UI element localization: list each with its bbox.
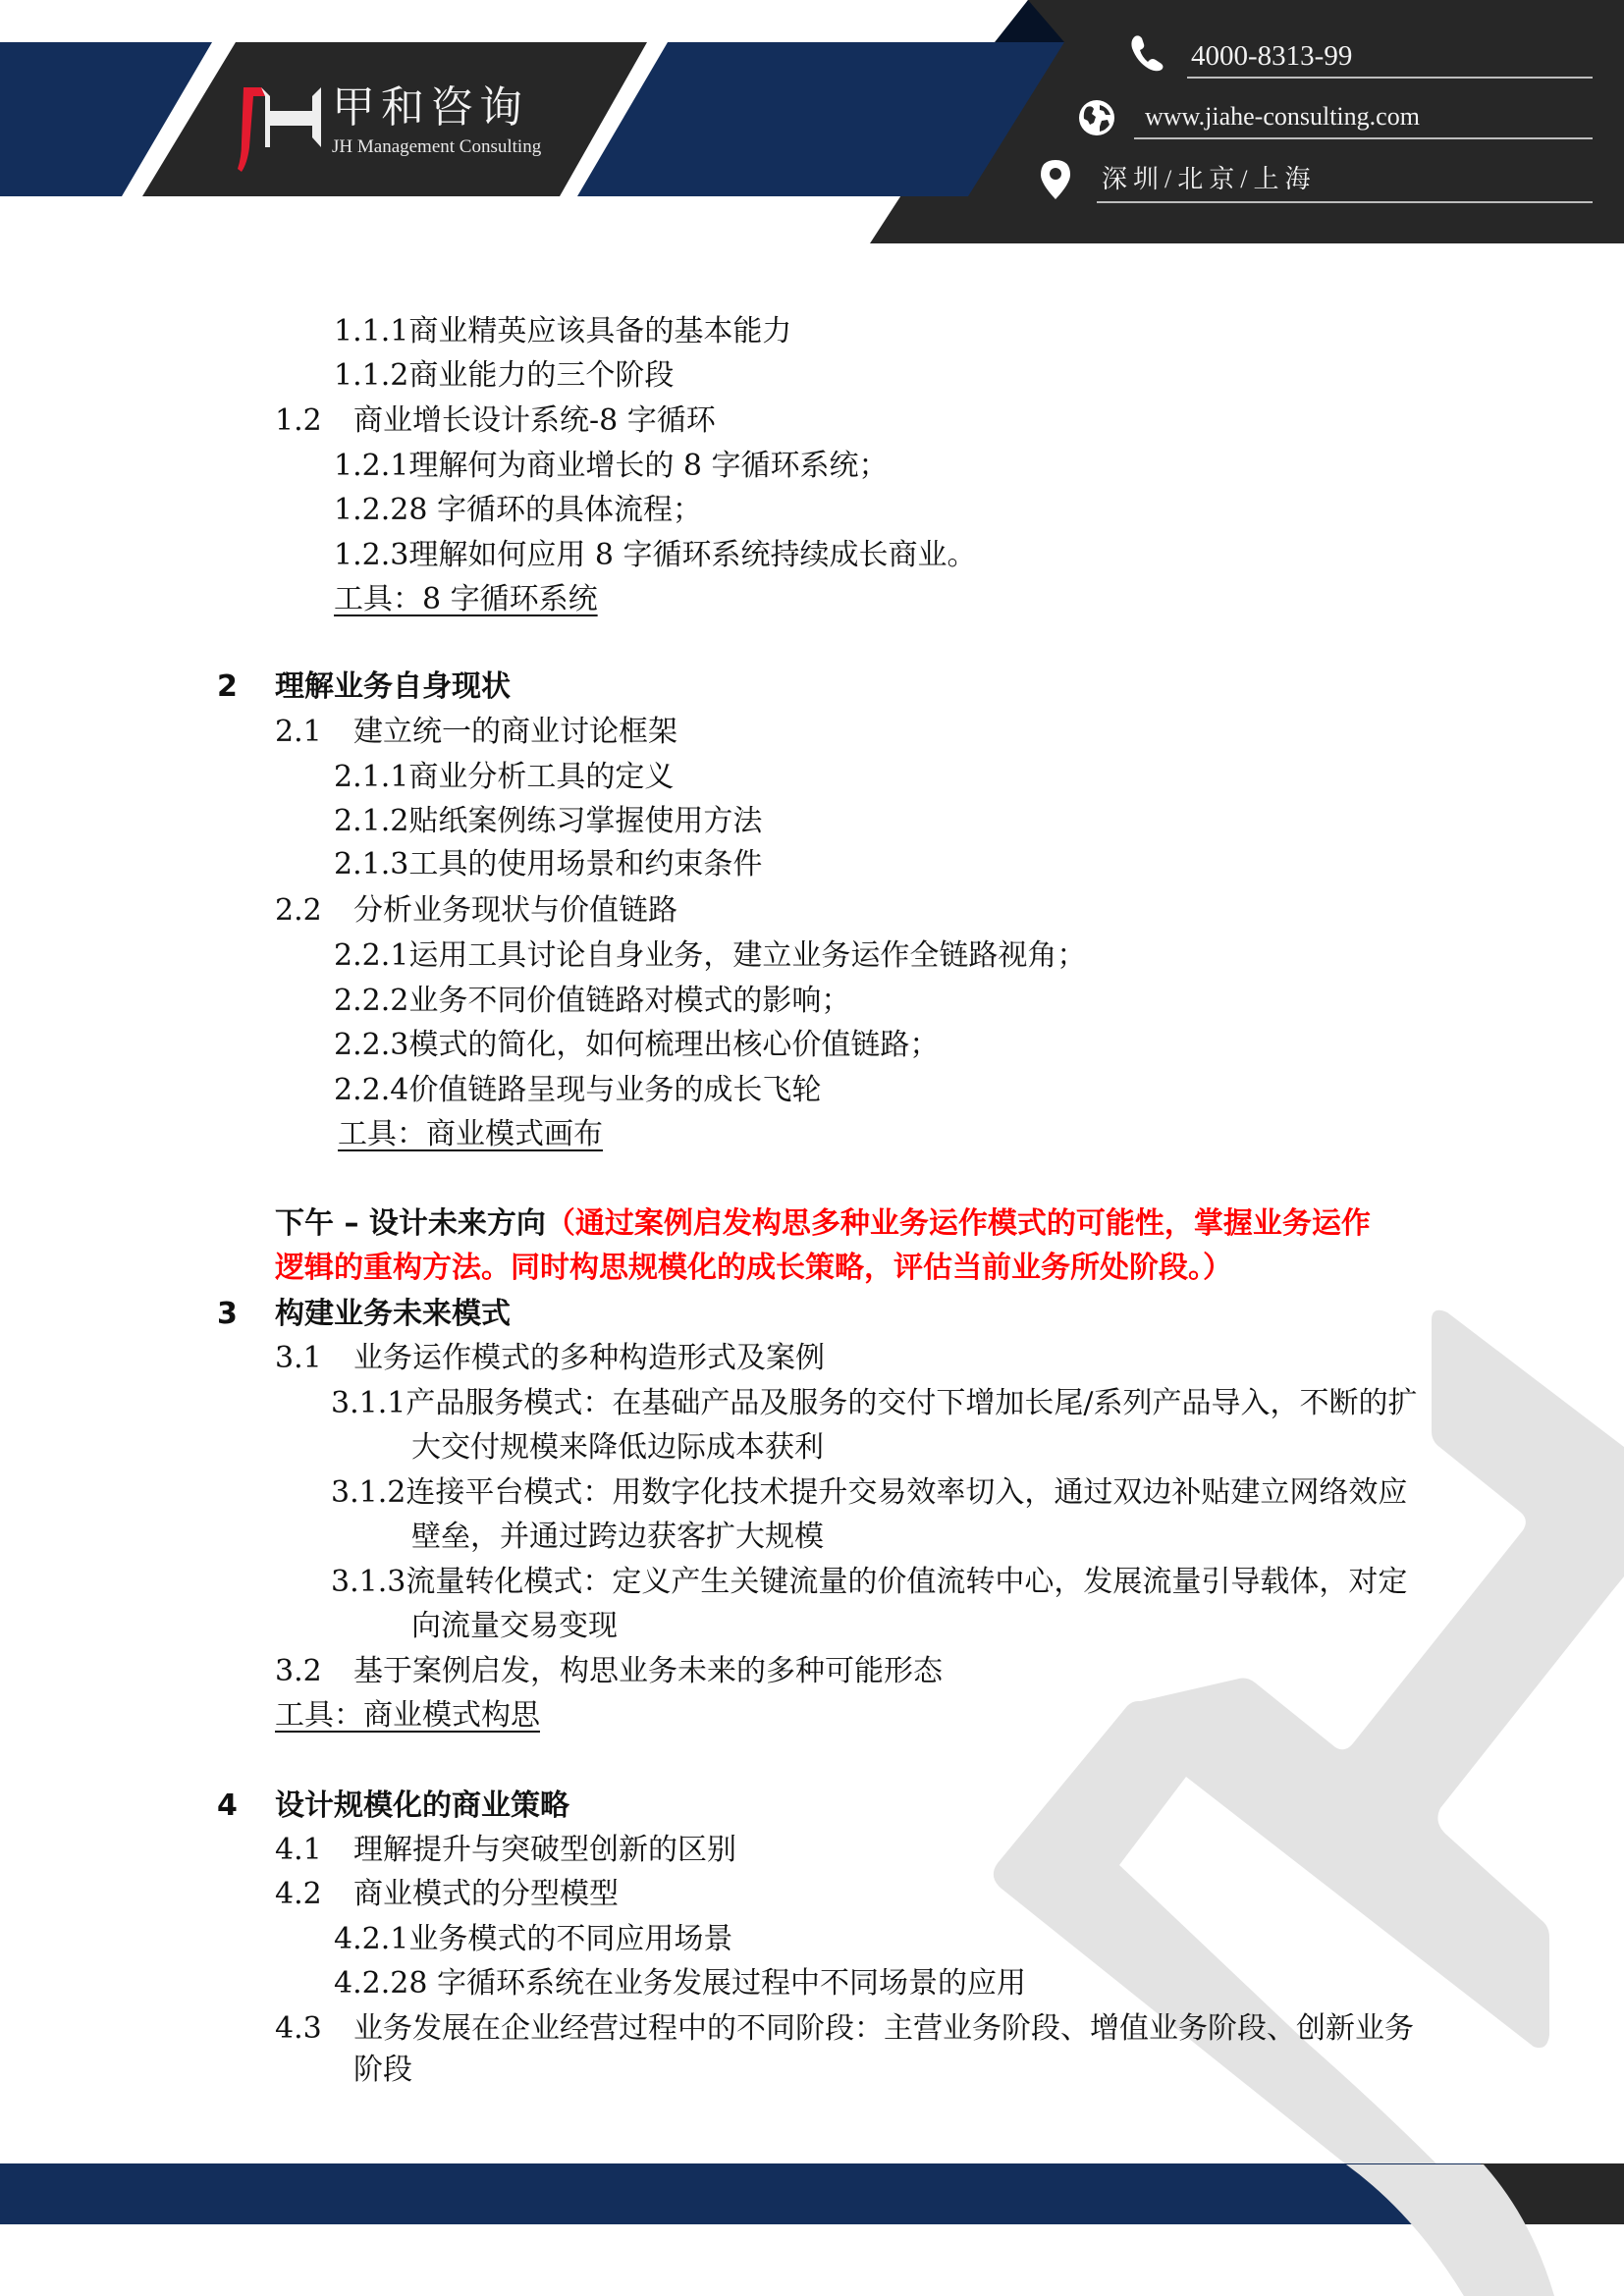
item-3-1-2: 3.1.2连接平台模式：用数字化技术提升交易效率切入，通过双边补贴建立网络效应 (331, 1475, 1407, 1511)
item-4-3-cont: 阶段 (353, 2053, 412, 2088)
item-3-1-1: 3.1.1产品服务模式：在基础产品及服务的交付下增加长尾/系列产品导入，不断的扩 (331, 1386, 1417, 1421)
phone-number: 4000-8313-99 (1191, 37, 1352, 75)
brand-name-en: JH Management Consulting (332, 135, 541, 159)
section-4-number: 4 (217, 1789, 238, 1824)
section-3-title: 构建业务未来模式 (275, 1297, 511, 1332)
item-4-2-number: 4.2 (275, 1877, 322, 1912)
item-2-2-3: 2.2.3模式的简化，如何梳理出核心价值链路； (334, 1028, 939, 1063)
item-3-1-2-cont: 壁垒，并通过跨边获客扩大规模 (411, 1520, 824, 1555)
page-decoration (0, 0, 1624, 2296)
brand-name-cn: 甲和咨询 (332, 82, 528, 133)
item-1-1-1: 1.1.1商业精英应该具备的基本能力 (334, 314, 791, 349)
office-locations: 深圳/北京/上海 (1102, 163, 1316, 196)
item-3-1-3-cont: 向流量交易变现 (411, 1609, 618, 1644)
item-4-1-number: 4.1 (275, 1833, 322, 1868)
afternoon-label: 下午 – 设计未来方向 (275, 1206, 546, 1241)
item-4-2-title: 商业模式的分型模型 (353, 1877, 619, 1912)
tool-business-model-ideation: 工具：商业模式构思 (275, 1698, 540, 1734)
phone-icon (1129, 34, 1164, 72)
item-4-2-1: 4.2.1业务模式的不同应用场景 (334, 1922, 732, 1957)
item-1-2-1: 1.2.1理解何为商业增长的 8 字循环系统； (334, 449, 889, 484)
section-3-number: 3 (217, 1297, 238, 1332)
watermark-logo-shape (994, 1310, 1624, 2296)
item-1-1-2: 1.1.2商业能力的三个阶段 (334, 358, 674, 394)
item-3-1-number: 3.1 (275, 1341, 322, 1376)
section-4-title: 设计规模化的商业策略 (275, 1789, 569, 1824)
afternoon-note-2: 逻辑的重构方法。同时构思规模化的成长策略，评估当前业务所处阶段。） (275, 1251, 1232, 1286)
section-2-number: 2 (217, 669, 238, 705)
item-2-2-title: 分析业务现状与价值链路 (353, 893, 677, 929)
item-2-2-4: 2.2.4价值链路呈现与业务的成长飞轮 (334, 1073, 821, 1108)
afternoon-note-1: （通过案例启发构思多种业务运作模式的可能性，掌握业务运作 (546, 1206, 1371, 1241)
item-2-2-1: 2.2.1运用工具讨论自身业务，建立业务运作全链路视角； (334, 938, 1086, 974)
item-4-3-number: 4.3 (275, 2011, 322, 2047)
tool-business-model-canvas: 工具：商业模式画布 (338, 1117, 603, 1152)
location-divider (1097, 201, 1593, 203)
item-2-1-1: 2.1.1商业分析工具的定义 (334, 760, 674, 795)
website-divider (1134, 137, 1593, 139)
item-4-3-title: 业务发展在企业经营过程中的不同阶段：主营业务阶段、增值业务阶段、创新业务 (353, 2011, 1414, 2047)
item-2-1-number: 2.1 (275, 715, 322, 750)
item-2-2-number: 2.2 (275, 893, 322, 929)
item-3-2-number: 3.2 (275, 1654, 322, 1689)
item-4-1-title: 理解提升与突破型创新的区别 (353, 1833, 736, 1868)
item-3-1-3: 3.1.3流量转化模式：定义产生关键流量的价值流转中心，发展流量引导载体，对定 (331, 1565, 1407, 1600)
item-1-2-2: 1.2.28 字循环的具体流程； (334, 493, 702, 528)
item-1-2-3: 1.2.3理解如何应用 8 字循环系统持续成长商业。 (334, 538, 977, 573)
item-3-2-title: 基于案例启发，构思业务未来的多种可能形态 (353, 1654, 943, 1689)
item-4-2-2: 4.2.28 字循环系统在业务发展过程中不同场景的应用 (334, 1966, 1026, 2002)
item-3-1-1-cont: 大交付规模来降低边际成本获利 (411, 1430, 824, 1466)
afternoon-line-1: 下午 – 设计未来方向（通过案例启发构思多种业务运作模式的可能性，掌握业务运作 (275, 1206, 1371, 1242)
item-2-2-2: 2.2.2业务不同价值链路对模式的影响； (334, 984, 850, 1019)
item-2-1-title: 建立统一的商业讨论框架 (353, 715, 677, 750)
item-3-1-title: 业务运作模式的多种构造形式及案例 (353, 1341, 825, 1376)
globe-icon (1078, 99, 1115, 136)
item-2-1-2: 2.1.2贴纸案例练习掌握使用方法 (334, 804, 762, 839)
map-pin-icon (1041, 160, 1070, 199)
section-2-title: 理解业务自身现状 (275, 669, 511, 705)
phone-divider (1187, 77, 1593, 79)
website-url[interactable]: www.jiahe-consulting.com (1145, 101, 1420, 133)
item-2-1-3: 2.1.3工具的使用场景和约束条件 (334, 847, 762, 882)
item-1-2-title: 商业增长设计系统-8 字循环 (353, 403, 716, 439)
tool-8-loop-system: 工具：8 字循环系统 (334, 582, 598, 617)
item-1-2-number: 1.2 (275, 403, 322, 439)
